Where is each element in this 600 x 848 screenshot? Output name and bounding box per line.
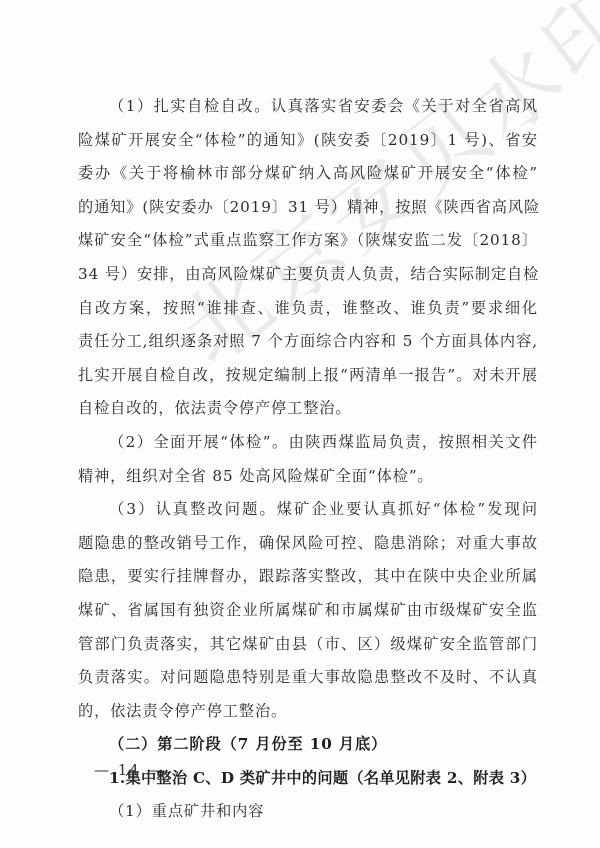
document-page: 北京安贝水印 （1）扎实自检自改。认真落实省安委会《关于对全省高风 险煤矿开展安… [0,0,600,848]
paragraph-item-3: （3）认真整改问题。煤矿企业要认真抓好“体检”发现问 题隐患的整改销号工作，确保… [78,493,538,728]
text-line: 管部门负责落实，其它煤矿由县（市、区）级煤矿安全监管部门 [78,628,538,662]
text-line: 自检自改的，依法责令停产停工整治。 [78,392,538,426]
text-line: 险煤矿开展安全“体检”的通知》(陕安委〔2019〕1 号)、省安 [78,124,538,158]
text-line: 34 号）安排，由高风险煤矿主要负责人负责，结合实际制定自检 [78,258,538,292]
text-line: 隐患，要实行挂牌督办，跟踪落实整改，其中在陕中央企业所属 [78,560,538,594]
document-body: （1）扎实自检自改。认真落实省安委会《关于对全省高风 险煤矿开展安全“体检”的通… [78,90,538,829]
text-line: 精神，组织对全省 85 处高风险煤矿全面“体检”。 [78,460,538,494]
text-line: 的通知》(陕安委办〔2019〕31 号）精神，按照《陕西省高风险 [78,191,538,225]
text-line: 委办《关于将榆林市部分煤矿纳入高风险煤矿开展安全“体检” [78,157,538,191]
section-heading: （二）第二阶段（7 月份至 10 月底） [78,728,538,762]
text-line: 扎实开展自检自改，按规定编制上报“两清单一报告”。对未开展 [78,359,538,393]
text-line: 责任分工,组织逐条对照 7 个方面综合内容和 5 个方面具体内容, [78,325,538,359]
text-line: 煤矿、省属国有独资企业所属煤矿和市属煤矿由市级煤矿安全监 [78,594,538,628]
text-line: （2）全面开展“体检”。由陕西煤监局负责，按照相关文件 [78,426,538,460]
subitem-heading: （1）重点矿井和内容 [78,795,538,829]
text-line: 题隐患的整改销号工作，确保风险可控、隐患消除；对重大事故 [78,527,538,561]
page-number: — 14 — [94,760,165,780]
paragraph-item-2: （2）全面开展“体检”。由陕西煤监局负责，按照相关文件 精神，组织对全省 85 … [78,426,538,493]
text-line: 自改方案，按照“谁排查、谁负责，谁整改、谁负责”要求细化 [78,292,538,326]
text-line: 负责落实。对问题隐患特别是重大事故隐患整改不及时、不认真 [78,661,538,695]
text-line: 煤矿安全“体检”式重点监察工作方案》（陕煤安监二发〔2018〕 [78,224,538,258]
paragraph-item-1: （1）扎实自检自改。认真落实省安委会《关于对全省高风 险煤矿开展安全“体检”的通… [78,90,538,426]
text-line: 的，依法责令停产停工整治。 [78,695,538,729]
text-line: （1）扎实自检自改。认真落实省安委会《关于对全省高风 [78,90,538,124]
text-line: （3）认真整改问题。煤矿企业要认真抓好“体检”发现问 [78,493,538,527]
